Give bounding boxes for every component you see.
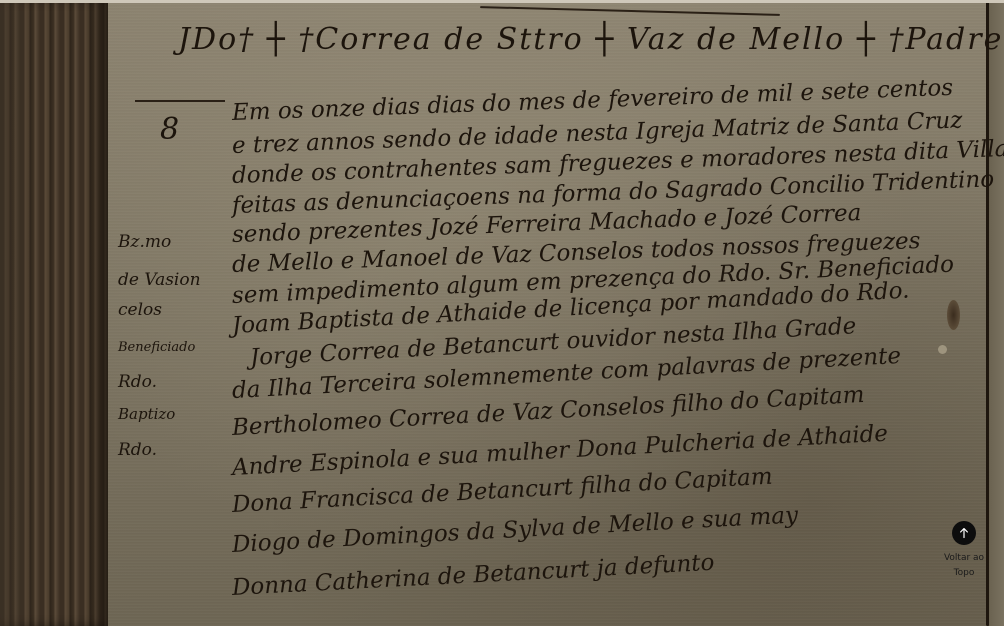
margin-note: Rdo.	[118, 440, 157, 460]
entry-number: 8	[160, 112, 179, 147]
paper-spot	[938, 345, 947, 354]
book-spine	[0, 0, 112, 626]
ink-stain	[947, 300, 960, 330]
adjacent-page	[989, 0, 1004, 626]
image-viewer: JDo† ┼ †Correa de Sttro ┼ Vaz de Mello ┼…	[0, 0, 1004, 626]
signature-header: JDo† ┼ †Correa de Sttro ┼ Vaz de Mello ┼…	[178, 22, 1003, 57]
back-to-top-circle[interactable]	[952, 521, 976, 545]
margin-note: Bz.mo	[118, 232, 171, 252]
margin-note: Beneficiado	[118, 340, 195, 355]
arrow-up-icon	[958, 527, 970, 539]
back-to-top-button[interactable]: Voltar ao Topo	[941, 521, 987, 591]
margin-note: Rdo.	[118, 372, 157, 392]
back-to-top-label[interactable]: Voltar ao Topo	[934, 551, 994, 581]
margin-note: celos	[118, 300, 162, 320]
margin-note: de Vasion	[118, 270, 201, 290]
margin-note: Baptizo	[118, 405, 175, 423]
top-strip	[0, 0, 1004, 3]
ink-rule-left	[135, 100, 225, 102]
